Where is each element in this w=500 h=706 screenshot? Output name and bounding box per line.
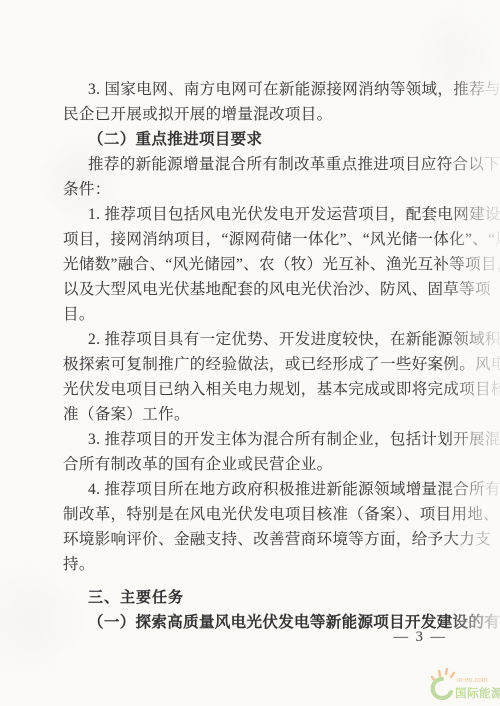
section-heading: 三、主要任务 xyxy=(63,585,463,610)
scanned-document-page: 3. 国家电网、南方电网可在新能源接网消纳等领域，推荐与民企已开展或拟开展的增量… xyxy=(0,0,500,706)
text-line: 4. 推荐项目所在地方政府积极推进新能源领域增量混合所有 xyxy=(63,477,463,502)
text-line: 三、主要任务 xyxy=(63,585,463,610)
watermark-site-name: 国际能源网 xyxy=(455,686,500,700)
text-line: 持。 xyxy=(63,552,463,577)
text-line: 环境影响评价、金融支持、改善营商环境等方面，给予大力支 xyxy=(63,527,463,552)
text-line: 3. 国家电网、南方电网可在新能源接网消纳等领域，推荐与 xyxy=(63,77,463,102)
text-line: 准（备案）工作。 xyxy=(63,402,463,427)
text-line: 合所有制改革的国有企业或民营企业。 xyxy=(63,452,463,477)
text-line: （二）重点推进项目要求 xyxy=(63,127,463,152)
section-heading: （二）重点推进项目要求 xyxy=(63,127,463,152)
text-line: 光储数”融合、“风光储园”、农（牧）光互补、渔光互补等项目， xyxy=(63,252,463,277)
paragraph: 3. 推荐项目的开发主体为混合所有制企业，包括计划开展混合所有制改革的国有企业或… xyxy=(63,427,463,477)
text-line: 目。 xyxy=(63,302,463,327)
text-line: 条件： xyxy=(63,177,463,202)
paragraph: 推荐的新能源增量混合所有制改革重点推进项目应符合以下条件： xyxy=(63,152,463,202)
sun-logo-icon: in-en.com 国际能源网 xyxy=(426,662,500,706)
in-en-watermark-logo: in-en.com 国际能源网 xyxy=(426,662,500,706)
paragraph: 3. 国家电网、南方电网可在新能源接网消纳等领域，推荐与民企已开展或拟开展的增量… xyxy=(63,77,463,127)
text-line: 民企已开展或拟开展的增量混改项目。 xyxy=(63,102,463,127)
paragraph: 2. 推荐项目具有一定优势、开发进度较快，在新能源领域积极探索可复制推广的经验做… xyxy=(63,327,463,427)
paragraph: 4. 推荐项目所在地方政府积极推进新能源领域增量混合所有制改革，特别是在风电光伏… xyxy=(63,477,463,577)
text-line: 1. 推荐项目包括风电光伏发电开发运营项目，配套电网建设 xyxy=(63,202,463,227)
text-line: 推荐的新能源增量混合所有制改革重点推进项目应符合以下 xyxy=(63,152,463,177)
text-line: 极探索可复制推广的经验做法，或已经形成了一些好案例。风电 xyxy=(63,352,463,377)
text-line: 光伏发电项目已纳入相关电力规划，基本完成或即将完成项目核 xyxy=(63,377,463,402)
text-line: 项目，接网消纳项目，“源网荷储一体化”、“风光储一体化”、“风 xyxy=(63,227,463,252)
watermark-domain-text: in-en.com xyxy=(457,677,488,684)
green-crescent-icon xyxy=(433,679,451,698)
paragraph: 1. 推荐项目包括风电光伏发电开发运营项目，配套电网建设项目，接网消纳项目，“源… xyxy=(63,202,463,327)
text-line: 制改革，特别是在风电光伏发电项目核准（备案）、项目用地、 xyxy=(63,502,463,527)
document-body-text: 3. 国家电网、南方电网可在新能源接网消纳等领域，推荐与民企已开展或拟开展的增量… xyxy=(63,77,463,635)
text-line: 以及大型风电光伏基地配套的风电光伏治沙、防风、固草等项 xyxy=(63,277,463,302)
page-number: — 3 — xyxy=(394,629,448,646)
text-line: 2. 推荐项目具有一定优势、开发进度较快，在新能源领域积 xyxy=(63,327,463,352)
text-line: 3. 推荐项目的开发主体为混合所有制企业，包括计划开展混 xyxy=(63,427,463,452)
